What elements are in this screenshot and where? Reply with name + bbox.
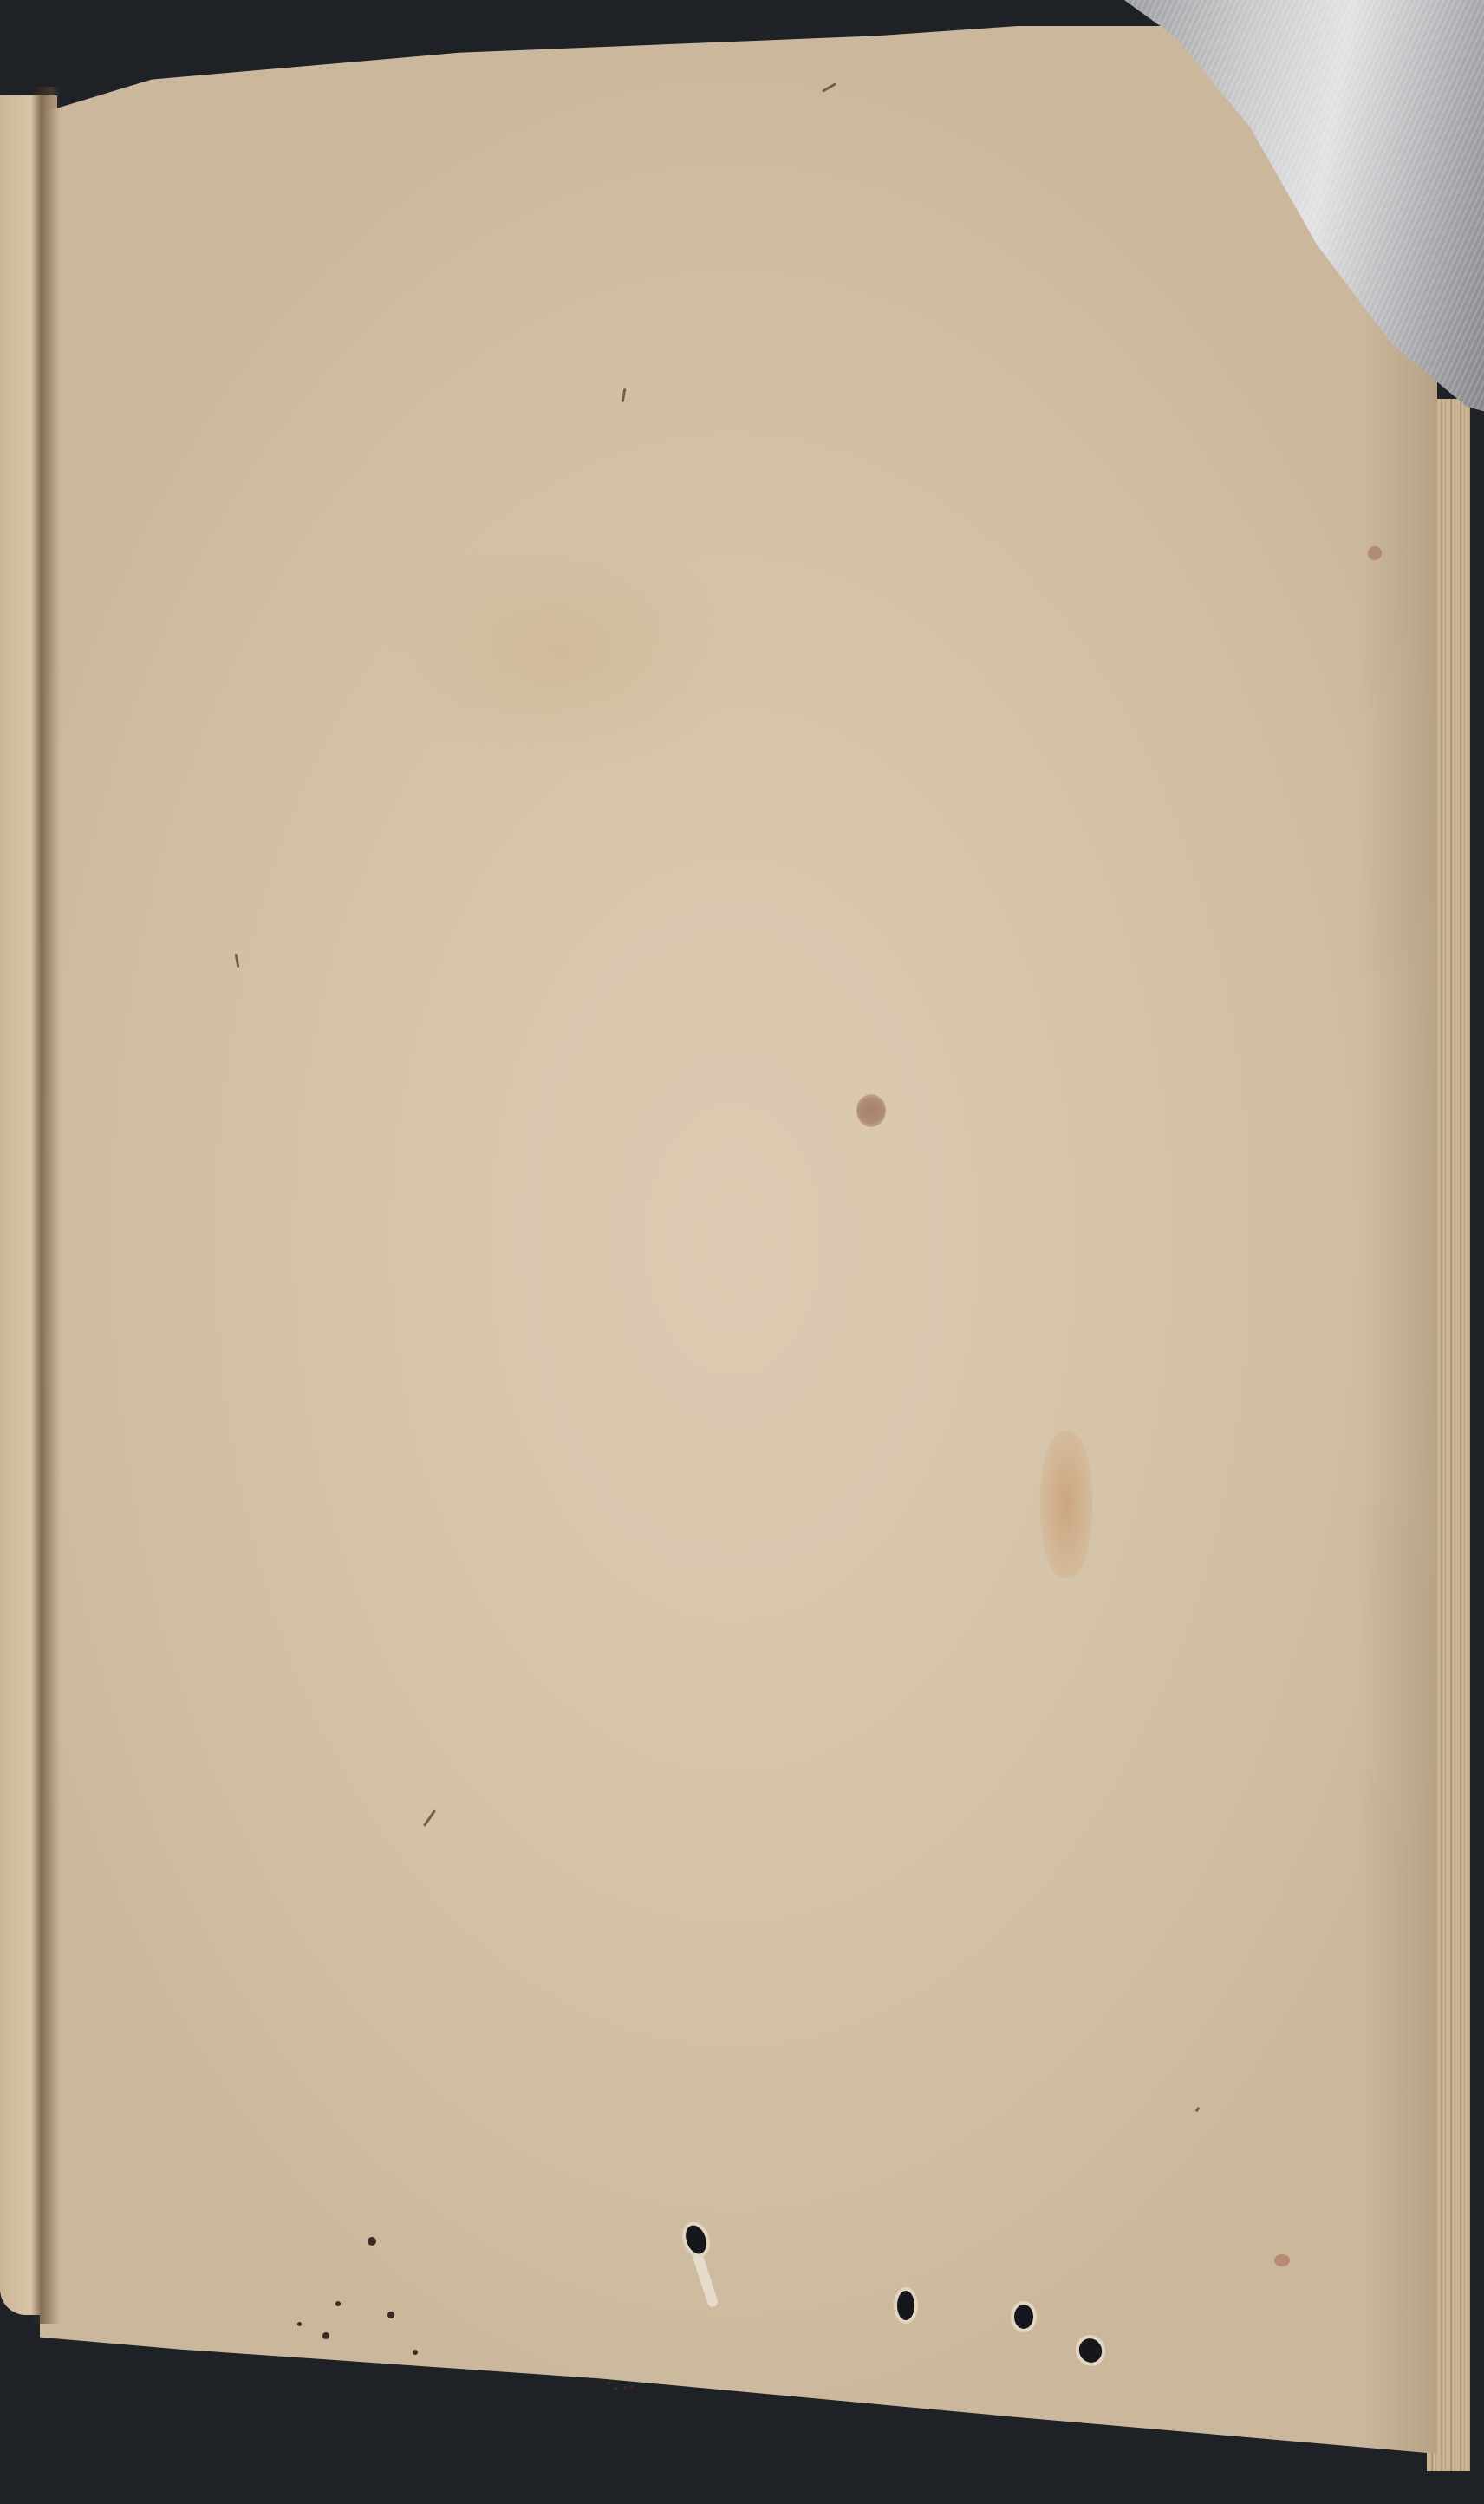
speck [335,2301,341,2306]
foxing-stain [1040,1431,1092,1578]
blank-page [40,26,1437,2454]
edge-stain [1368,546,1382,560]
speck [413,2350,418,2355]
worm-hole [1014,2305,1033,2329]
speck [623,2386,627,2390]
book-gutter [31,87,61,2324]
speck [297,2322,302,2326]
speck [630,2385,634,2389]
page-shadow [1359,26,1437,2454]
speck [607,2382,610,2385]
worm-hole [897,2291,914,2320]
brown-spot-stain [856,1094,886,1127]
speck [387,2312,394,2318]
speck [368,2237,376,2246]
small-stain [1274,2254,1290,2266]
book-photo: Blank page of an antique book [0,0,1484,2504]
speck [614,2387,617,2390]
speck [322,2332,329,2339]
